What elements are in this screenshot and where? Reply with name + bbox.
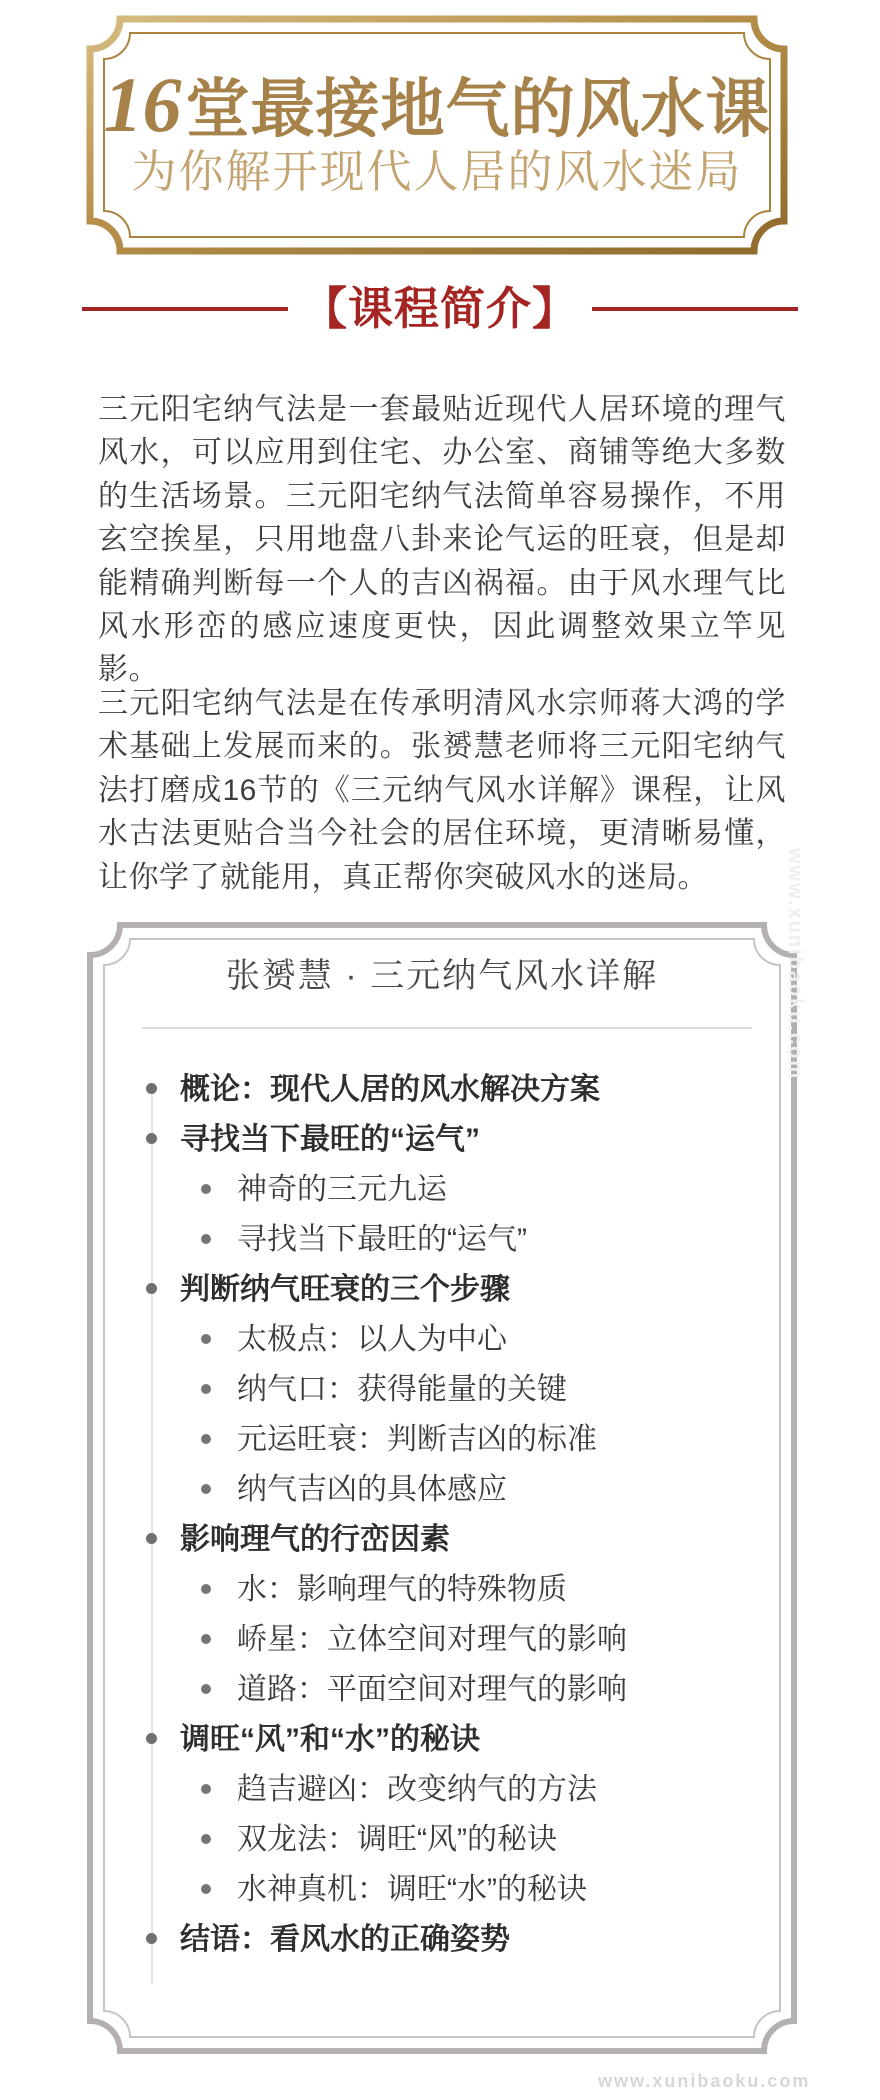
outline-divider-line <box>142 1027 752 1029</box>
bullet-icon <box>201 1384 211 1394</box>
bullet-icon <box>146 1733 157 1744</box>
outline-item-label: 元运旺衰：判断吉凶的标准 <box>134 1423 774 1456</box>
promo-page: 16堂最接地气的风水课 为你解开现代人居的风水迷局 【课程简介】 三元阳宅纳气法… <box>0 0 880 2100</box>
bullet-icon <box>146 1083 157 1094</box>
outline-item-label: 神奇的三元九运 <box>134 1173 774 1206</box>
bullet-icon <box>201 1884 211 1894</box>
bullet-icon <box>201 1334 211 1344</box>
outline-item: 寻找当下最旺的“运气” <box>134 1223 774 1256</box>
heading-right-rule <box>592 307 798 311</box>
bullet-icon <box>146 1933 157 1944</box>
heading-left-rule <box>82 307 288 311</box>
outline-item-label: 道路：平面空间对理气的影响 <box>134 1673 774 1706</box>
outline-item: 峤星：立体空间对理气的影响 <box>134 1623 774 1656</box>
outline-item: 结语：看风水的正确姿势 <box>134 1923 774 1956</box>
intro-paragraph-1: 三元阳宅纳气法是一套最贴近现代人居环境的理气风水，可以应用到住宅、办公室、商铺等… <box>98 388 786 692</box>
bullet-icon <box>201 1784 211 1794</box>
bullet-icon <box>201 1434 211 1444</box>
outline-item: 元运旺衰：判断吉凶的标准 <box>134 1423 774 1456</box>
outline-item-label: 结语：看风水的正确姿势 <box>134 1923 774 1956</box>
outline-item: 双龙法：调旺“风”的秘诀 <box>134 1823 774 1856</box>
outline-item: 纳气口：获得能量的关键 <box>134 1373 774 1406</box>
bottom-watermark: www.xunibaoku.com <box>598 2071 810 2092</box>
outline-item: 影响理气的行峦因素 <box>134 1523 774 1556</box>
outline-item: 道路：平面空间对理气的影响 <box>134 1673 774 1706</box>
outline-item-label: 纳气吉凶的具体感应 <box>134 1473 774 1506</box>
intro-paragraph-2: 三元阳宅纳气法是在传承明清风水宗师蒋大鸿的学术基础上发展而来的。张赟慧老师将三元… <box>98 682 786 899</box>
outline-item-label: 概论：现代人居的风水解决方案 <box>134 1073 774 1106</box>
bullet-icon <box>201 1484 211 1494</box>
course-title-number: 16 <box>104 61 186 148</box>
outline-list: 概论：现代人居的风水解决方案 寻找当下最旺的“运气” 神奇的三元九运 寻找当下最… <box>134 1073 774 1973</box>
outline-item-label: 双龙法：调旺“风”的秘诀 <box>134 1823 774 1856</box>
side-watermark: www.xunibaoku.com <box>783 848 806 1080</box>
bullet-icon <box>201 1684 211 1694</box>
outline-item-label: 调旺“风”和“水”的秘诀 <box>134 1723 774 1756</box>
outline-item-label: 纳气口：获得能量的关键 <box>134 1373 774 1406</box>
bullet-icon <box>201 1234 211 1244</box>
outline-item: 太极点：以人为中心 <box>134 1323 774 1356</box>
outline-item-label: 太极点：以人为中心 <box>134 1323 774 1356</box>
outline-item-label: 趋吉避凶：改变纳气的方法 <box>134 1773 774 1806</box>
outline-item-label: 判断纳气旺衰的三个步骤 <box>134 1273 774 1306</box>
outline-item-label: 寻找当下最旺的“运气” <box>134 1223 774 1256</box>
bullet-icon <box>146 1533 157 1544</box>
outline-item-label: 影响理气的行峦因素 <box>134 1523 774 1556</box>
course-title-text: 堂最接地气的风水课 <box>186 73 771 145</box>
outline-item: 纳气吉凶的具体感应 <box>134 1473 774 1506</box>
section-heading-label: 【课程简介】 <box>302 283 578 335</box>
outline-item: 水：影响理气的特殊物质 <box>134 1573 774 1606</box>
outline-item-label: 水神真机：调旺“水”的秘诀 <box>134 1873 774 1906</box>
outline-item: 神奇的三元九运 <box>134 1173 774 1206</box>
outline-title: 张赟慧 · 三元纳气风水详解 <box>86 956 798 996</box>
section-heading: 【课程简介】 <box>0 283 880 335</box>
outline-item: 判断纳气旺衰的三个步骤 <box>134 1273 774 1306</box>
outline-item-label: 峤星：立体空间对理气的影响 <box>134 1623 774 1656</box>
bullet-icon <box>201 1634 211 1644</box>
bullet-icon <box>146 1133 157 1144</box>
outline-item-label: 水：影响理气的特殊物质 <box>134 1573 774 1606</box>
outline-item-label: 寻找当下最旺的“运气” <box>134 1123 774 1156</box>
outline-item: 趋吉避凶：改变纳气的方法 <box>134 1773 774 1806</box>
course-subtitle: 为你解开现代人居的风水迷局 <box>86 146 788 198</box>
outline-item: 水神真机：调旺“水”的秘诀 <box>134 1873 774 1906</box>
course-title: 16堂最接地气的风水课 <box>86 70 788 144</box>
bullet-icon <box>201 1834 211 1844</box>
bullet-icon <box>201 1584 211 1594</box>
outline-item: 调旺“风”和“水”的秘诀 <box>134 1723 774 1756</box>
outline-item: 寻找当下最旺的“运气” <box>134 1123 774 1156</box>
outline-item: 概论：现代人居的风水解决方案 <box>134 1073 774 1106</box>
bullet-icon <box>201 1184 211 1194</box>
bullet-icon <box>146 1283 157 1294</box>
